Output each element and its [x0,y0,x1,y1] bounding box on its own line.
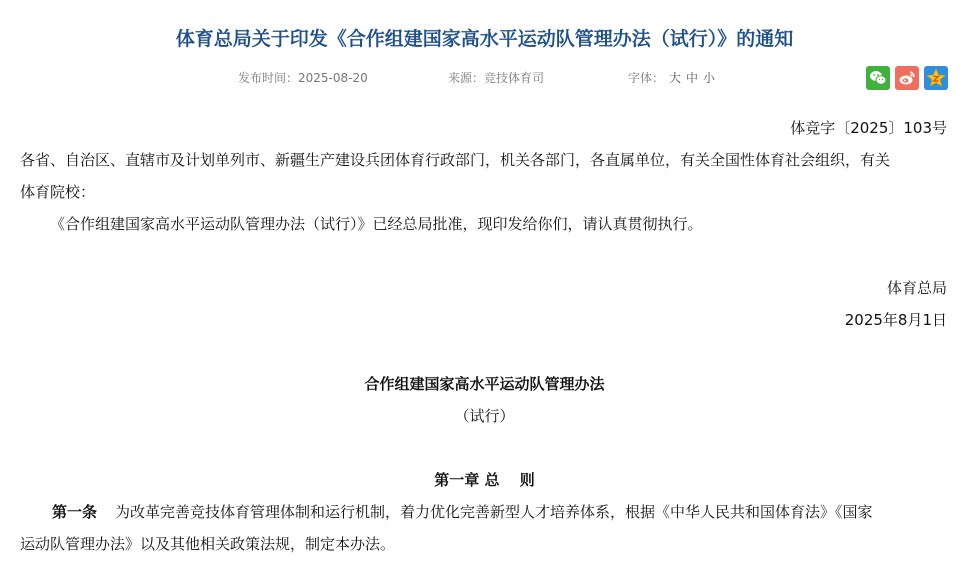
page-title: 体育总局关于印发《合作组建国家高水平运动队管理办法（试行）》的通知 [0,24,969,54]
share-wechat-button[interactable] [866,66,890,90]
qzone-icon [926,68,946,88]
notice-body: 《合作组建国家高水平运动队管理办法（试行）》已经总局批准，现印发给你们，请认真贯… [50,208,703,240]
recipients-line-1: 各省、自治区、直辖市及计划单列市、新疆生产建设兵团体育行政部门，机关各部门，各直… [20,144,890,176]
font-size-control: 字体：大中小 [628,68,715,88]
notice-date: 2025年8月1日 [845,304,947,336]
attachment-title: 合作组建国家高水平运动队管理办法 [0,368,969,400]
wechat-icon [869,70,887,86]
article-label: 第一条 [52,503,97,521]
font-size-small-button[interactable]: 小 [703,71,715,85]
signer: 体育总局 [887,272,947,304]
attachment-subtitle: （试行） [0,400,969,432]
article-1-line-1: 第一条为改革完善竞技体育管理体制和运行机制，着力优化完善新型人才培养体系，根据《… [52,496,873,528]
font-size-medium-button[interactable]: 中 [686,71,698,85]
share-weibo-button[interactable] [895,66,919,90]
publish-time: 发布时间：2025-08-20 [238,68,368,88]
weibo-icon [898,70,916,86]
article-1-text: 为改革完善竞技体育管理体制和运行机制，着力优化完善新型人才培养体系，根据《中华人… [115,503,873,521]
share-qzone-button[interactable] [924,66,948,90]
source: 来源：竞技体育司 [448,68,544,88]
article-1-line-2: 运动队管理办法》以及其他相关政策法规，制定本办法。 [20,528,395,560]
share-bar [866,66,948,90]
chapter-heading: 第一章 总 则 [0,464,969,496]
font-size-large-button[interactable]: 大 [669,71,681,85]
font-size-label: 字体： [628,71,664,85]
recipients-line-2: 体育院校： [20,176,95,208]
document-number: 体竞字〔2025〕103号 [790,112,947,144]
